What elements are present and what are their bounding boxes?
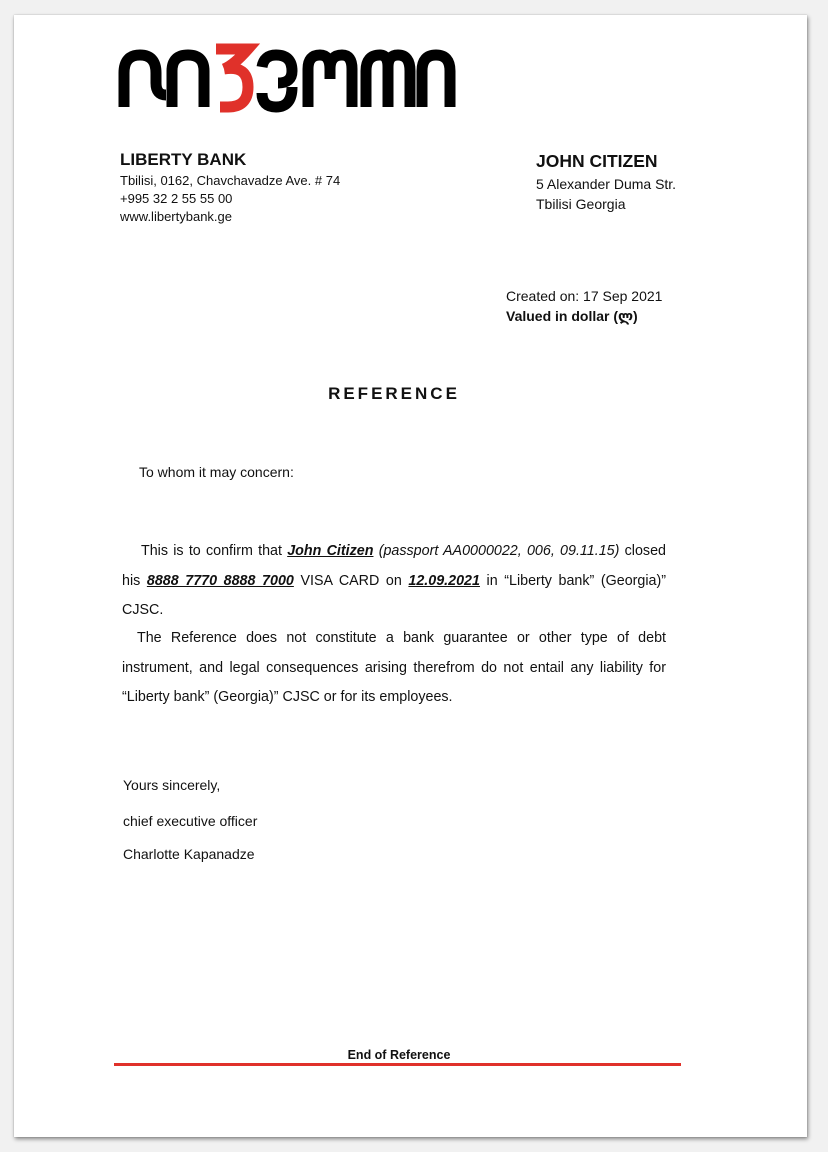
card-type: VISA CARD on <box>294 573 409 589</box>
card-number: 8888 7770 8888 7000 <box>147 573 294 589</box>
recipient-name: JOHN CITIZEN <box>536 151 658 172</box>
sender-address: Tbilisi, 0162, Chavchavadze Ave. # 74 <box>120 173 340 188</box>
disclaimer-paragraph: The Reference does not constitute a bank… <box>122 624 666 713</box>
created-date: Created on: 17 Sep 2021 <box>506 288 662 304</box>
passport-details: (passport AA0000022, 006, 09.11.15) <box>373 543 619 559</box>
sender-website[interactable]: www.libertybank.ge <box>120 209 232 224</box>
liberty-logo <box>116 43 456 113</box>
confirmation-paragraph: This is to confirm that John Citizen (pa… <box>122 537 666 626</box>
signer-position: chief executive officer <box>123 813 257 829</box>
document-title: REFERENCE <box>14 384 774 404</box>
greeting: To whom it may concern: <box>139 464 294 480</box>
recipient-city: Tbilisi Georgia <box>536 196 625 212</box>
p1-intro: This is to confirm that <box>141 543 287 559</box>
signer-name: Charlotte Kapanadze <box>123 846 255 862</box>
sender-name: LIBERTY BANK <box>120 150 246 170</box>
footer-rule <box>114 1063 681 1066</box>
closing: Yours sincerely, <box>123 777 220 793</box>
recipient-street: 5 Alexander Duma Str. <box>536 176 676 192</box>
close-date: 12.09.2021 <box>408 573 480 589</box>
document-page: LIBERTY BANK Tbilisi, 0162, Chavchavadze… <box>14 15 807 1137</box>
end-of-reference: End of Reference <box>14 1048 784 1062</box>
currency-note: Valued in dollar (ლ) <box>506 308 638 325</box>
sender-phone: +995 32 2 55 55 00 <box>120 191 232 206</box>
client-name: John Citizen <box>287 543 373 559</box>
